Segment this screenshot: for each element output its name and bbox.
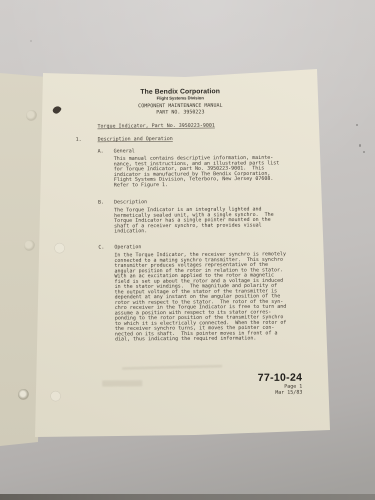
chapter-code: 77-10-24 xyxy=(224,372,302,384)
subsection-c-body: In the Torque Indicator, the receiver sy… xyxy=(114,252,295,343)
dust-speck xyxy=(363,151,365,153)
page-content: The Bendix Corporation Flight Systems Di… xyxy=(35,58,338,440)
bleed-through-smudge xyxy=(122,365,222,370)
document-page: The Bendix Corporation Flight Systems Di… xyxy=(35,60,335,440)
subsection-b-body: The Torque Indicator is an integrally li… xyxy=(114,207,294,235)
part-number: PART NO. 3950223 xyxy=(97,109,263,116)
subsection-a-heading: General xyxy=(114,148,135,154)
section-title: Description and Operation xyxy=(98,136,173,142)
bleed-through-smudge xyxy=(102,380,142,386)
document-header: The Bendix Corporation Flight Systems Di… xyxy=(97,87,263,115)
punch-hole-back-top xyxy=(26,110,37,121)
subsection-b-heading: Description xyxy=(114,199,147,205)
dust-speck xyxy=(30,40,32,42)
table-edge-shadow xyxy=(0,494,375,500)
division-name: Flight Systems Division xyxy=(97,95,263,101)
punch-hole-page-bottom xyxy=(50,391,61,402)
company-name: The Bendix Corporation xyxy=(97,87,263,95)
manual-type: COMPONENT MAINTENANCE MANUAL xyxy=(97,102,263,109)
document-title: Torque Indicator, Part No. 3950223-9001 xyxy=(97,123,214,129)
section-number: 1. xyxy=(76,137,82,143)
dust-speck xyxy=(356,124,358,126)
subsection-c-heading: Operation xyxy=(114,244,141,250)
subsection-a-body: This manual contains descriptive informa… xyxy=(114,155,294,188)
punch-hole-page-middle xyxy=(54,243,65,254)
page-footer: 77-10-24 Page 1 Mar 15/83 xyxy=(224,372,302,396)
subsection-a-label: A. xyxy=(98,149,104,155)
subsection-b-label: B. xyxy=(98,200,104,206)
subsection-c-label: C. xyxy=(98,245,104,251)
dust-speck xyxy=(359,144,361,147)
ink-smudge-mark xyxy=(52,105,62,116)
punch-hole-back-middle xyxy=(24,240,35,251)
revision-date: Mar 15/83 xyxy=(224,390,302,396)
punch-hole-back-bottom xyxy=(18,389,29,400)
